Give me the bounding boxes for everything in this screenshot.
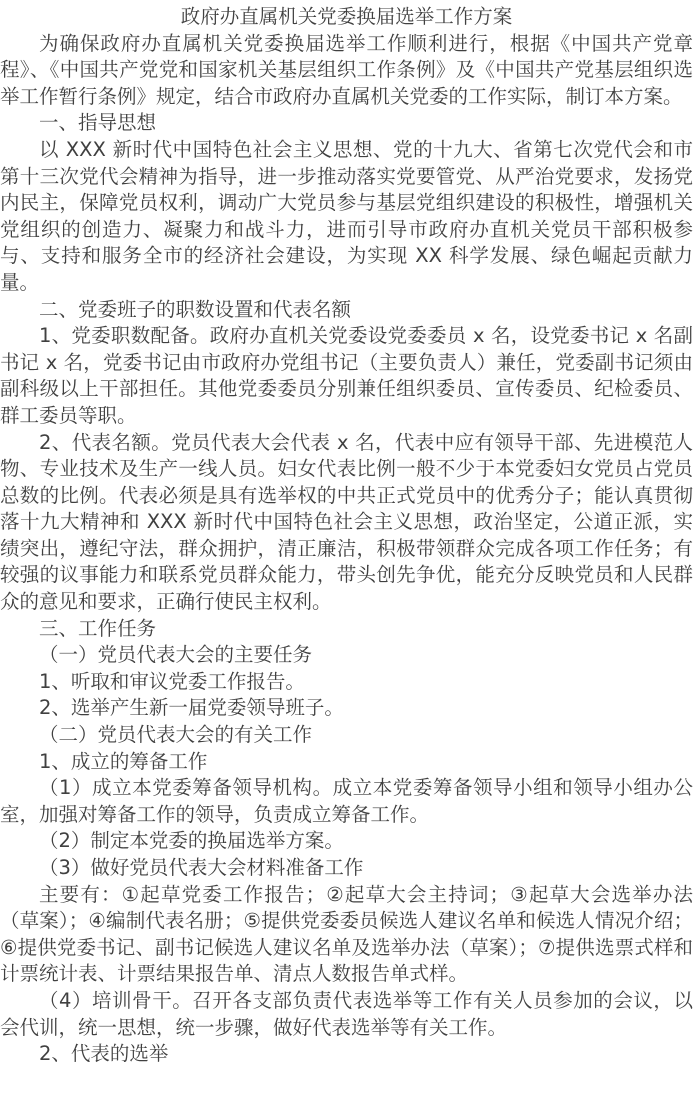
paragraph-guiding-ideology: 以 XXX 新时代中国特色社会主义思想、党的十九大、省第七次党代会和市第十三次党…	[0, 137, 693, 297]
subheading-congress-main-tasks: （一）党员代表大会的主要任务	[0, 642, 693, 669]
paragraph-materials-list: 主要有：①起草党委工作报告；②起草大会主持词；③起草大会选举办法（草案）；④编制…	[0, 882, 693, 988]
item-hear-committee-report: 1、听取和审议党委工作报告。	[0, 669, 693, 696]
heading-guiding-ideology: 一、指导思想	[0, 110, 693, 137]
heading-committee-size-and-quota: 二、党委班子的职数设置和代表名额	[0, 297, 693, 324]
item-delegate-election: 2、代表的选举	[0, 1041, 693, 1068]
item-prepare-congress-materials: （3）做好党员代表大会材料准备工作	[0, 855, 693, 882]
paragraph-delegate-quota: 2、代表名额。党员代表大会代表 x 名，代表中应有领导干部、先进模范人物、专业技…	[0, 430, 693, 616]
heading-work-tasks: 三、工作任务	[0, 616, 693, 643]
item-setup-leading-group: （1）成立本党委筹备领导机构。成立本党委筹备领导小组和领导小组办公室，加强对筹备…	[0, 775, 693, 828]
document-page: 政府办直属机关党委换届选举工作方案 为确保政府办直属机关党委换届选举工作顺利进行…	[0, 0, 693, 1097]
document-title: 政府办直属机关党委换届选举工作方案	[0, 4, 693, 31]
intro-paragraph: 为确保政府办直属机关党委换届选举工作顺利进行，根据《中国共产党章程》、《中国共产…	[0, 31, 693, 111]
item-formulate-election-plan: （2）制定本党委的换届选举方案。	[0, 828, 693, 855]
paragraph-committee-positions: 1、党委职数配备。政府办直机关党委设党委委员 x 名，设党委书记 x 名副书记 …	[0, 323, 693, 429]
item-elect-new-committee: 2、选举产生新一届党委领导班子。	[0, 695, 693, 722]
item-preparation-work: 1、成立的筹备工作	[0, 749, 693, 776]
subheading-congress-related-work: （二）党员代表大会的有关工作	[0, 722, 693, 749]
item-train-backbone: （4）培训骨干。召开各支部负责代表选举等工作有关人员参加的会议，以会代训，统一思…	[0, 988, 693, 1041]
